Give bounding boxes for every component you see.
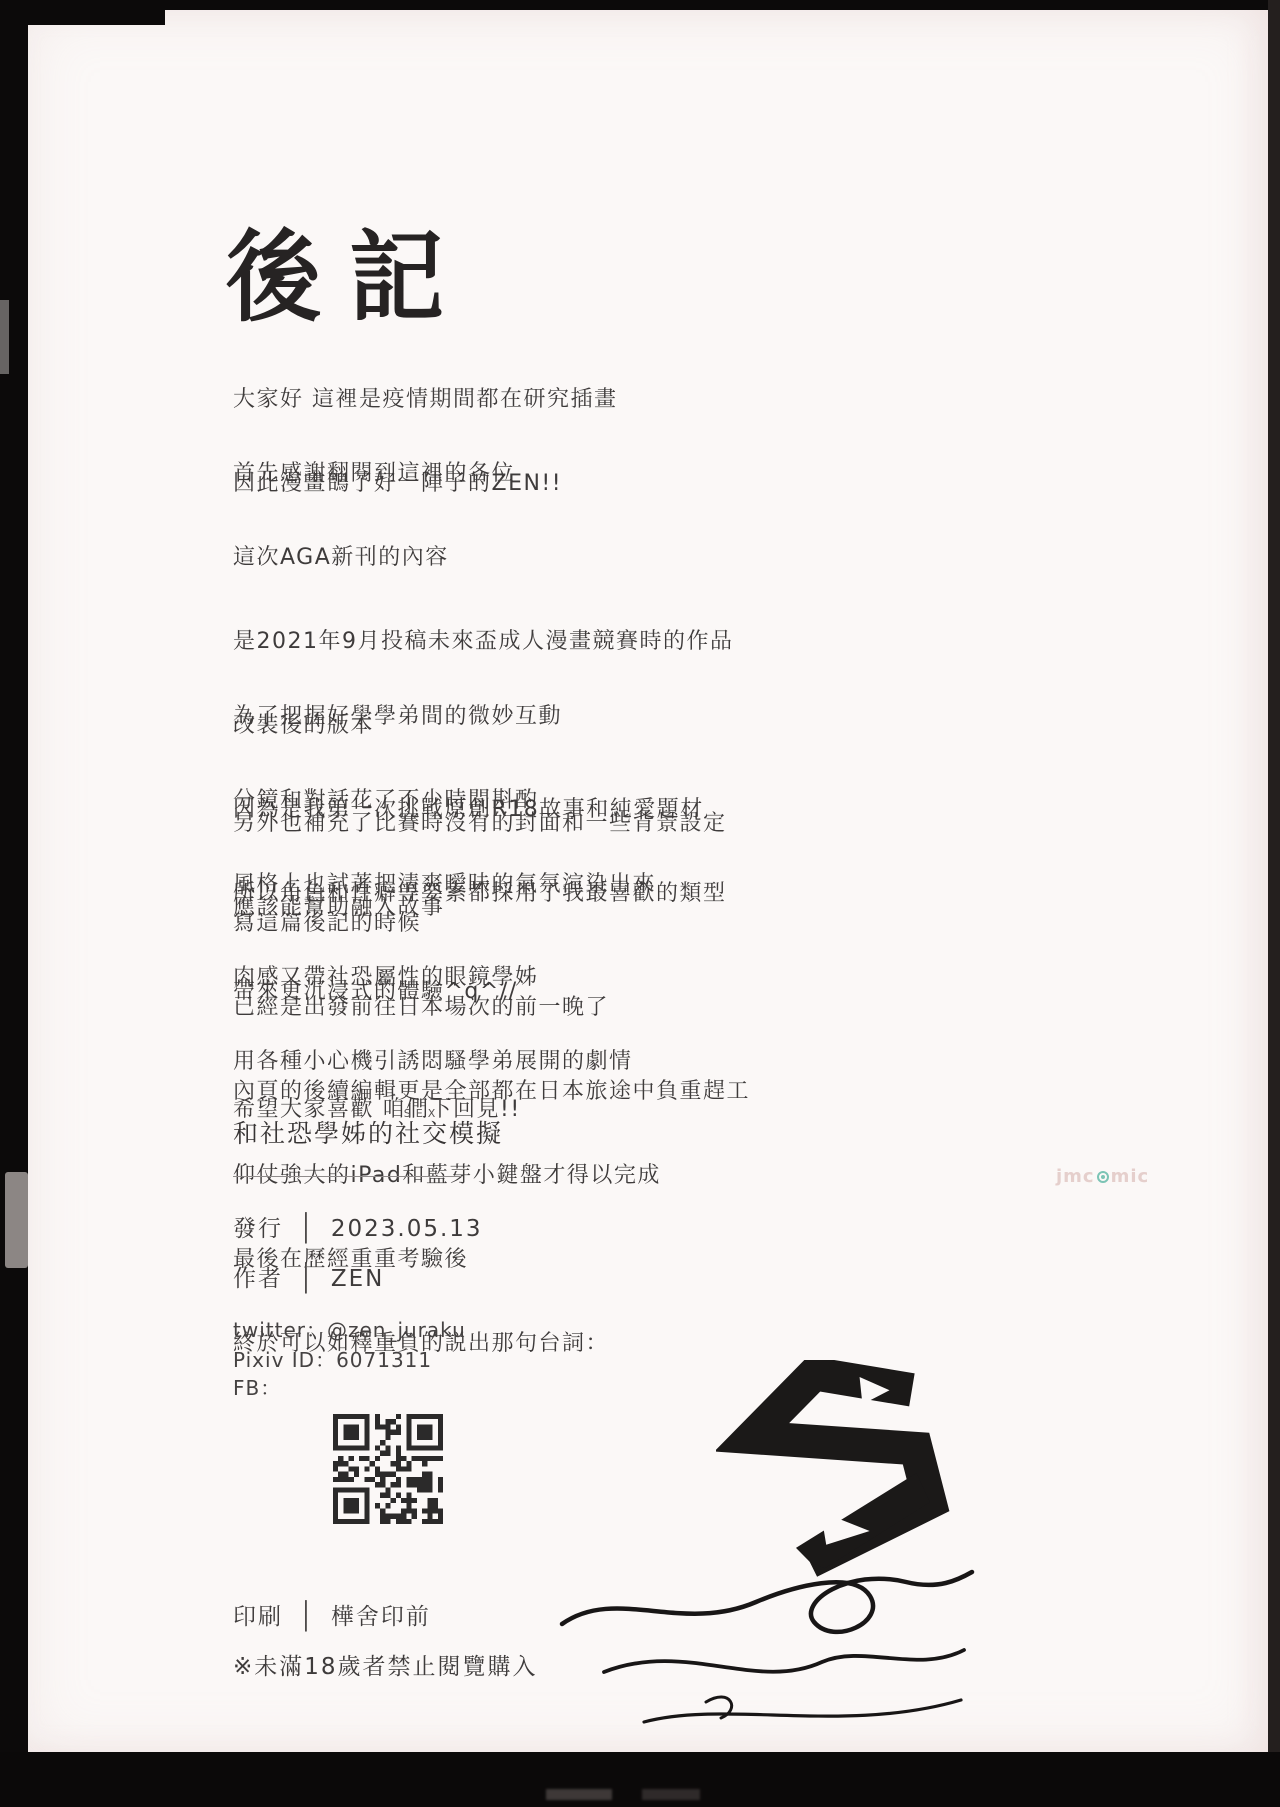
title-underline (233, 1176, 462, 1177)
signature-stroke-1 (562, 1572, 972, 1632)
issue-label: 發行 (233, 1216, 283, 1242)
signature-stroke-2 (604, 1650, 964, 1672)
author-name: ZEN (331, 1266, 385, 1292)
issue-date: 2023.05.13 (331, 1216, 483, 1242)
watermark-prefix: jmc (1056, 1166, 1095, 1187)
printer-name: 樺舍印前 (331, 1604, 431, 1630)
page-title: 後記 (226, 199, 472, 340)
separator-bar: │ (299, 1214, 315, 1244)
print-label: 印刷 (233, 1604, 283, 1630)
scan-artifact (5, 1172, 28, 1268)
qr-code (333, 1414, 443, 1524)
artist-signature (556, 1552, 981, 1762)
book-title-ruby-text: SEX (395, 1107, 449, 1120)
scan-artifact (0, 300, 9, 374)
book-title: 和社恐學姊的社交SEX模擬 (233, 1108, 503, 1150)
paper-sheet: 後記 大家好 這裡是疫情期間都在研究插畫 因此漫畫鴿了好一陣子的ZEN!! 首先… (28, 10, 1268, 1752)
scan-border-right (1268, 0, 1280, 1807)
jmcomic-watermark: jmc mic (1056, 1166, 1149, 1187)
book-title-ruby: 社交SEX (395, 1119, 449, 1148)
circle-logo-icon (716, 1360, 951, 1578)
author-label: 作者 (233, 1266, 283, 1292)
scan-border-top (0, 0, 1280, 10)
text-line: 首先感謝翻閱到這裡的各位 (233, 460, 734, 488)
pixiv-label: Pixiv ID (233, 1348, 315, 1372)
twitter-label: twitter (233, 1318, 306, 1342)
separator-bar: │ (299, 1264, 315, 1294)
separator-bar: │ (299, 1602, 315, 1632)
book-title-after: 模擬 (449, 1119, 503, 1148)
text-line: 為了把握好學學弟間的微妙互動 (233, 703, 656, 731)
pixiv-line: Pixiv ID：6071311 (233, 1344, 432, 1373)
book-title-ruby-base: 社交 (395, 1119, 449, 1148)
colon: ： (306, 1318, 327, 1342)
twitter-line: twitter：@zen_juraku (233, 1314, 466, 1343)
twitter-handle: @zen_juraku (327, 1318, 466, 1342)
fb-line: FB： (233, 1372, 281, 1401)
colon: ： (315, 1348, 336, 1372)
age-restriction-notice: ※未滿18歲者禁止閱覽購入 (233, 1648, 538, 1681)
text-line: 這次AGA新刊的內容 (233, 544, 734, 572)
book-title-before: 和社恐學姊的 (233, 1119, 395, 1148)
author-line: 作者│ZEN (233, 1260, 384, 1293)
scan-border-left (0, 0, 28, 1807)
signature-stroke-3 (644, 1700, 961, 1722)
jmcomic-ring-icon (1097, 1171, 1109, 1183)
pixiv-id: 6071311 (336, 1348, 432, 1372)
scanned-afterword-page: 後記 大家好 這裡是疫情期間都在研究插畫 因此漫畫鴿了好一陣子的ZEN!! 首先… (0, 0, 1280, 1807)
fb-label: FB (233, 1376, 260, 1400)
scan-border-bottom (0, 1752, 1280, 1807)
scan-artifact (546, 1789, 612, 1800)
watermark-suffix: mic (1111, 1166, 1150, 1187)
text-line: 寫這篇後記的時候 (233, 910, 750, 938)
text-line: 已經是出發前往日本場次的前一晚了 (233, 994, 750, 1022)
text-line: 另外也補充了比賽時沒有的封面和一些背景設定 (233, 810, 727, 838)
scan-artifact (642, 1789, 700, 1800)
scan-border-top-left (0, 0, 165, 25)
issue-line: 發行│2023.05.13 (233, 1210, 483, 1243)
colon: ： (260, 1376, 281, 1400)
print-line: 印刷│樺舍印前 (233, 1598, 431, 1631)
